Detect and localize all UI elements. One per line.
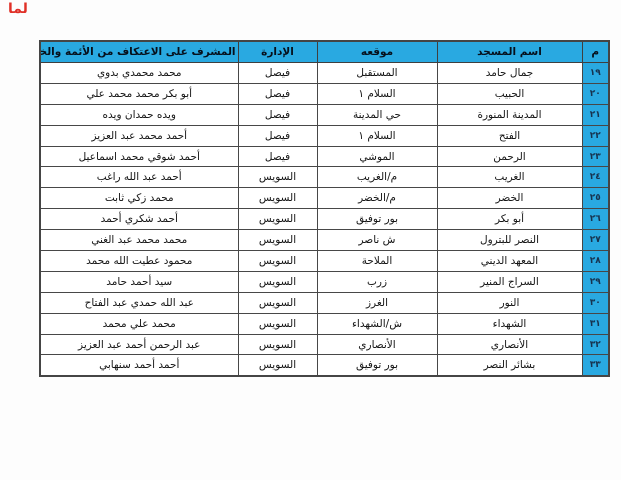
cell-mosque: الرحمن [437, 146, 582, 167]
cell-mosque: النور [437, 292, 582, 313]
cell-num: ٢٩ [582, 271, 609, 292]
cell-mosque: النصر للبترول [437, 230, 582, 251]
table-row: ٢٢الفتحالسلام ١فيصلأحمد محمد عبد العزيز [40, 125, 609, 146]
cell-supervisor: محمد زكي ثابت [40, 188, 238, 209]
table-row: ٢٧النصر للبترولش ناصرالسويسمحمد محمد عبد… [40, 230, 609, 251]
table-row: ٣٣بشائر النصربور توفيقالسويسأحمد أحمد سن… [40, 355, 609, 376]
cell-supervisor: محمد علي محمد [40, 313, 238, 334]
cell-location: السلام ١ [317, 125, 437, 146]
cell-admin: السويس [238, 251, 317, 272]
cell-admin: السويس [238, 167, 317, 188]
cell-mosque: الفتح [437, 125, 582, 146]
cell-location: المستقبل [317, 63, 437, 84]
cell-admin: السويس [238, 292, 317, 313]
col-header-number: م [582, 41, 609, 63]
table-row: ٢٣الرحمنالموشيفيصلأحمد شوقي محمد اسماعيل [40, 146, 609, 167]
table-row: ٢٨المعهد الدينيالملاحةالسويسمحمود عطيت ا… [40, 251, 609, 272]
cell-mosque: أبو بكر [437, 209, 582, 230]
cell-admin: السويس [238, 271, 317, 292]
cell-location: الملاحة [317, 251, 437, 272]
cell-supervisor: سيد أحمد حامد [40, 271, 238, 292]
cell-supervisor: محمود عطيت الله محمد [40, 251, 238, 272]
cell-num: ٢٧ [582, 230, 609, 251]
cell-supervisor: عبد الرحمن أحمد عبد العزيز [40, 334, 238, 355]
table-row: ٣٢الأنصاريالأنصاريالسويسعبد الرحمن أحمد … [40, 334, 609, 355]
cell-location: بور توفيق [317, 355, 437, 376]
cell-admin: السويس [238, 334, 317, 355]
cell-admin: السويس [238, 230, 317, 251]
cell-supervisor: أحمد شكري أحمد [40, 209, 238, 230]
cell-num: ٢٦ [582, 209, 609, 230]
cell-num: ٢٥ [582, 188, 609, 209]
col-header-mosque: اسم المسجد [437, 41, 582, 63]
cell-num: ٣١ [582, 313, 609, 334]
mosques-table: م اسم المسجد موقعه الإدارة المشرف على ال… [39, 40, 610, 377]
cell-mosque: المعهد الديني [437, 251, 582, 272]
cell-mosque: الأنصاري [437, 334, 582, 355]
table-row: ٣١الشهداءش/الشهداءالسويسمحمد علي محمد [40, 313, 609, 334]
cell-num: ٢٤ [582, 167, 609, 188]
cell-num: ١٩ [582, 63, 609, 84]
cell-admin: فيصل [238, 83, 317, 104]
cell-mosque: جمال حامد [437, 63, 582, 84]
cell-location: ش/الشهداء [317, 313, 437, 334]
cell-supervisor: أحمد شوقي محمد اسماعيل [40, 146, 238, 167]
cell-num: ٢٠ [582, 83, 609, 104]
cell-mosque: الحبيب [437, 83, 582, 104]
cell-location: زرب [317, 271, 437, 292]
cell-num: ٢٨ [582, 251, 609, 272]
cell-num: ٣٢ [582, 334, 609, 355]
table-row: ٢٠الحبيبالسلام ١فيصلأبو بكر محمد محمد عل… [40, 83, 609, 104]
cell-location: بور توفيق [317, 209, 437, 230]
cell-num: ٣٣ [582, 355, 609, 376]
cell-location: الموشي [317, 146, 437, 167]
cell-mosque: الغريب [437, 167, 582, 188]
cell-num: ٣٠ [582, 292, 609, 313]
cell-admin: فيصل [238, 146, 317, 167]
cell-supervisor: أحمد عبد الله راغب [40, 167, 238, 188]
cell-supervisor: محمد محمد عبد الغني [40, 230, 238, 251]
cell-mosque: الشهداء [437, 313, 582, 334]
cell-location: م/الغريب [317, 167, 437, 188]
cell-admin: فيصل [238, 63, 317, 84]
col-header-location: موقعه [317, 41, 437, 63]
cell-mosque: بشائر النصر [437, 355, 582, 376]
cell-mosque: الخضر [437, 188, 582, 209]
col-header-admin: الإدارة [238, 41, 317, 63]
table-row: ٢٩السراج المنيرزربالسويسسيد أحمد حامد [40, 271, 609, 292]
cell-mosque: المدينة المنورة [437, 104, 582, 125]
cell-admin: السويس [238, 188, 317, 209]
table-row: ٢١المدينة المنورةحي المدينةفيصلويده حمدا… [40, 104, 609, 125]
cell-num: ٢٣ [582, 146, 609, 167]
cell-admin: السويس [238, 209, 317, 230]
cell-admin: السويس [238, 313, 317, 334]
cell-admin: السويس [238, 355, 317, 376]
cell-supervisor: عبد الله حمدي عبد الفتاح [40, 292, 238, 313]
cell-mosque: السراج المنير [437, 271, 582, 292]
cell-supervisor: محمد محمدي بدوي [40, 63, 238, 84]
table-body: ١٩جمال حامدالمستقبلفيصلمحمد محمدي بدوي٢٠… [40, 63, 609, 377]
cell-supervisor: أبو بكر محمد محمد علي [40, 83, 238, 104]
col-header-supervisor: المشرف على الاعتكاف من الأئمة والخطباء [40, 41, 238, 63]
corner-annotation-mark: لما [8, 0, 28, 18]
cell-admin: فيصل [238, 104, 317, 125]
cell-supervisor: أحمد أحمد سنهابي [40, 355, 238, 376]
cell-location: ش ناصر [317, 230, 437, 251]
table-row: ٢٦أبو بكربور توفيقالسويسأحمد شكري أحمد [40, 209, 609, 230]
table-row: ١٩جمال حامدالمستقبلفيصلمحمد محمدي بدوي [40, 63, 609, 84]
cell-location: السلام ١ [317, 83, 437, 104]
table-header: م اسم المسجد موقعه الإدارة المشرف على ال… [40, 41, 609, 63]
cell-admin: فيصل [238, 125, 317, 146]
cell-location: م/الخضر [317, 188, 437, 209]
table-row: ٣٠النورالغرزالسويسعبد الله حمدي عبد الفت… [40, 292, 609, 313]
cell-num: ٢٢ [582, 125, 609, 146]
cell-supervisor: أحمد محمد عبد العزيز [40, 125, 238, 146]
cell-location: الأنصاري [317, 334, 437, 355]
cell-location: حي المدينة [317, 104, 437, 125]
cell-supervisor: ويده حمدان ويده [40, 104, 238, 125]
table-row: ٢٤الغريبم/الغريبالسويسأحمد عبد الله راغب [40, 167, 609, 188]
header-row: م اسم المسجد موقعه الإدارة المشرف على ال… [40, 41, 609, 63]
cell-num: ٢١ [582, 104, 609, 125]
table-row: ٢٥الخضرم/الخضرالسويسمحمد زكي ثابت [40, 188, 609, 209]
document-page: { "page": { "corner_mark": "لما", "accen… [0, 0, 621, 480]
cell-location: الغرز [317, 292, 437, 313]
